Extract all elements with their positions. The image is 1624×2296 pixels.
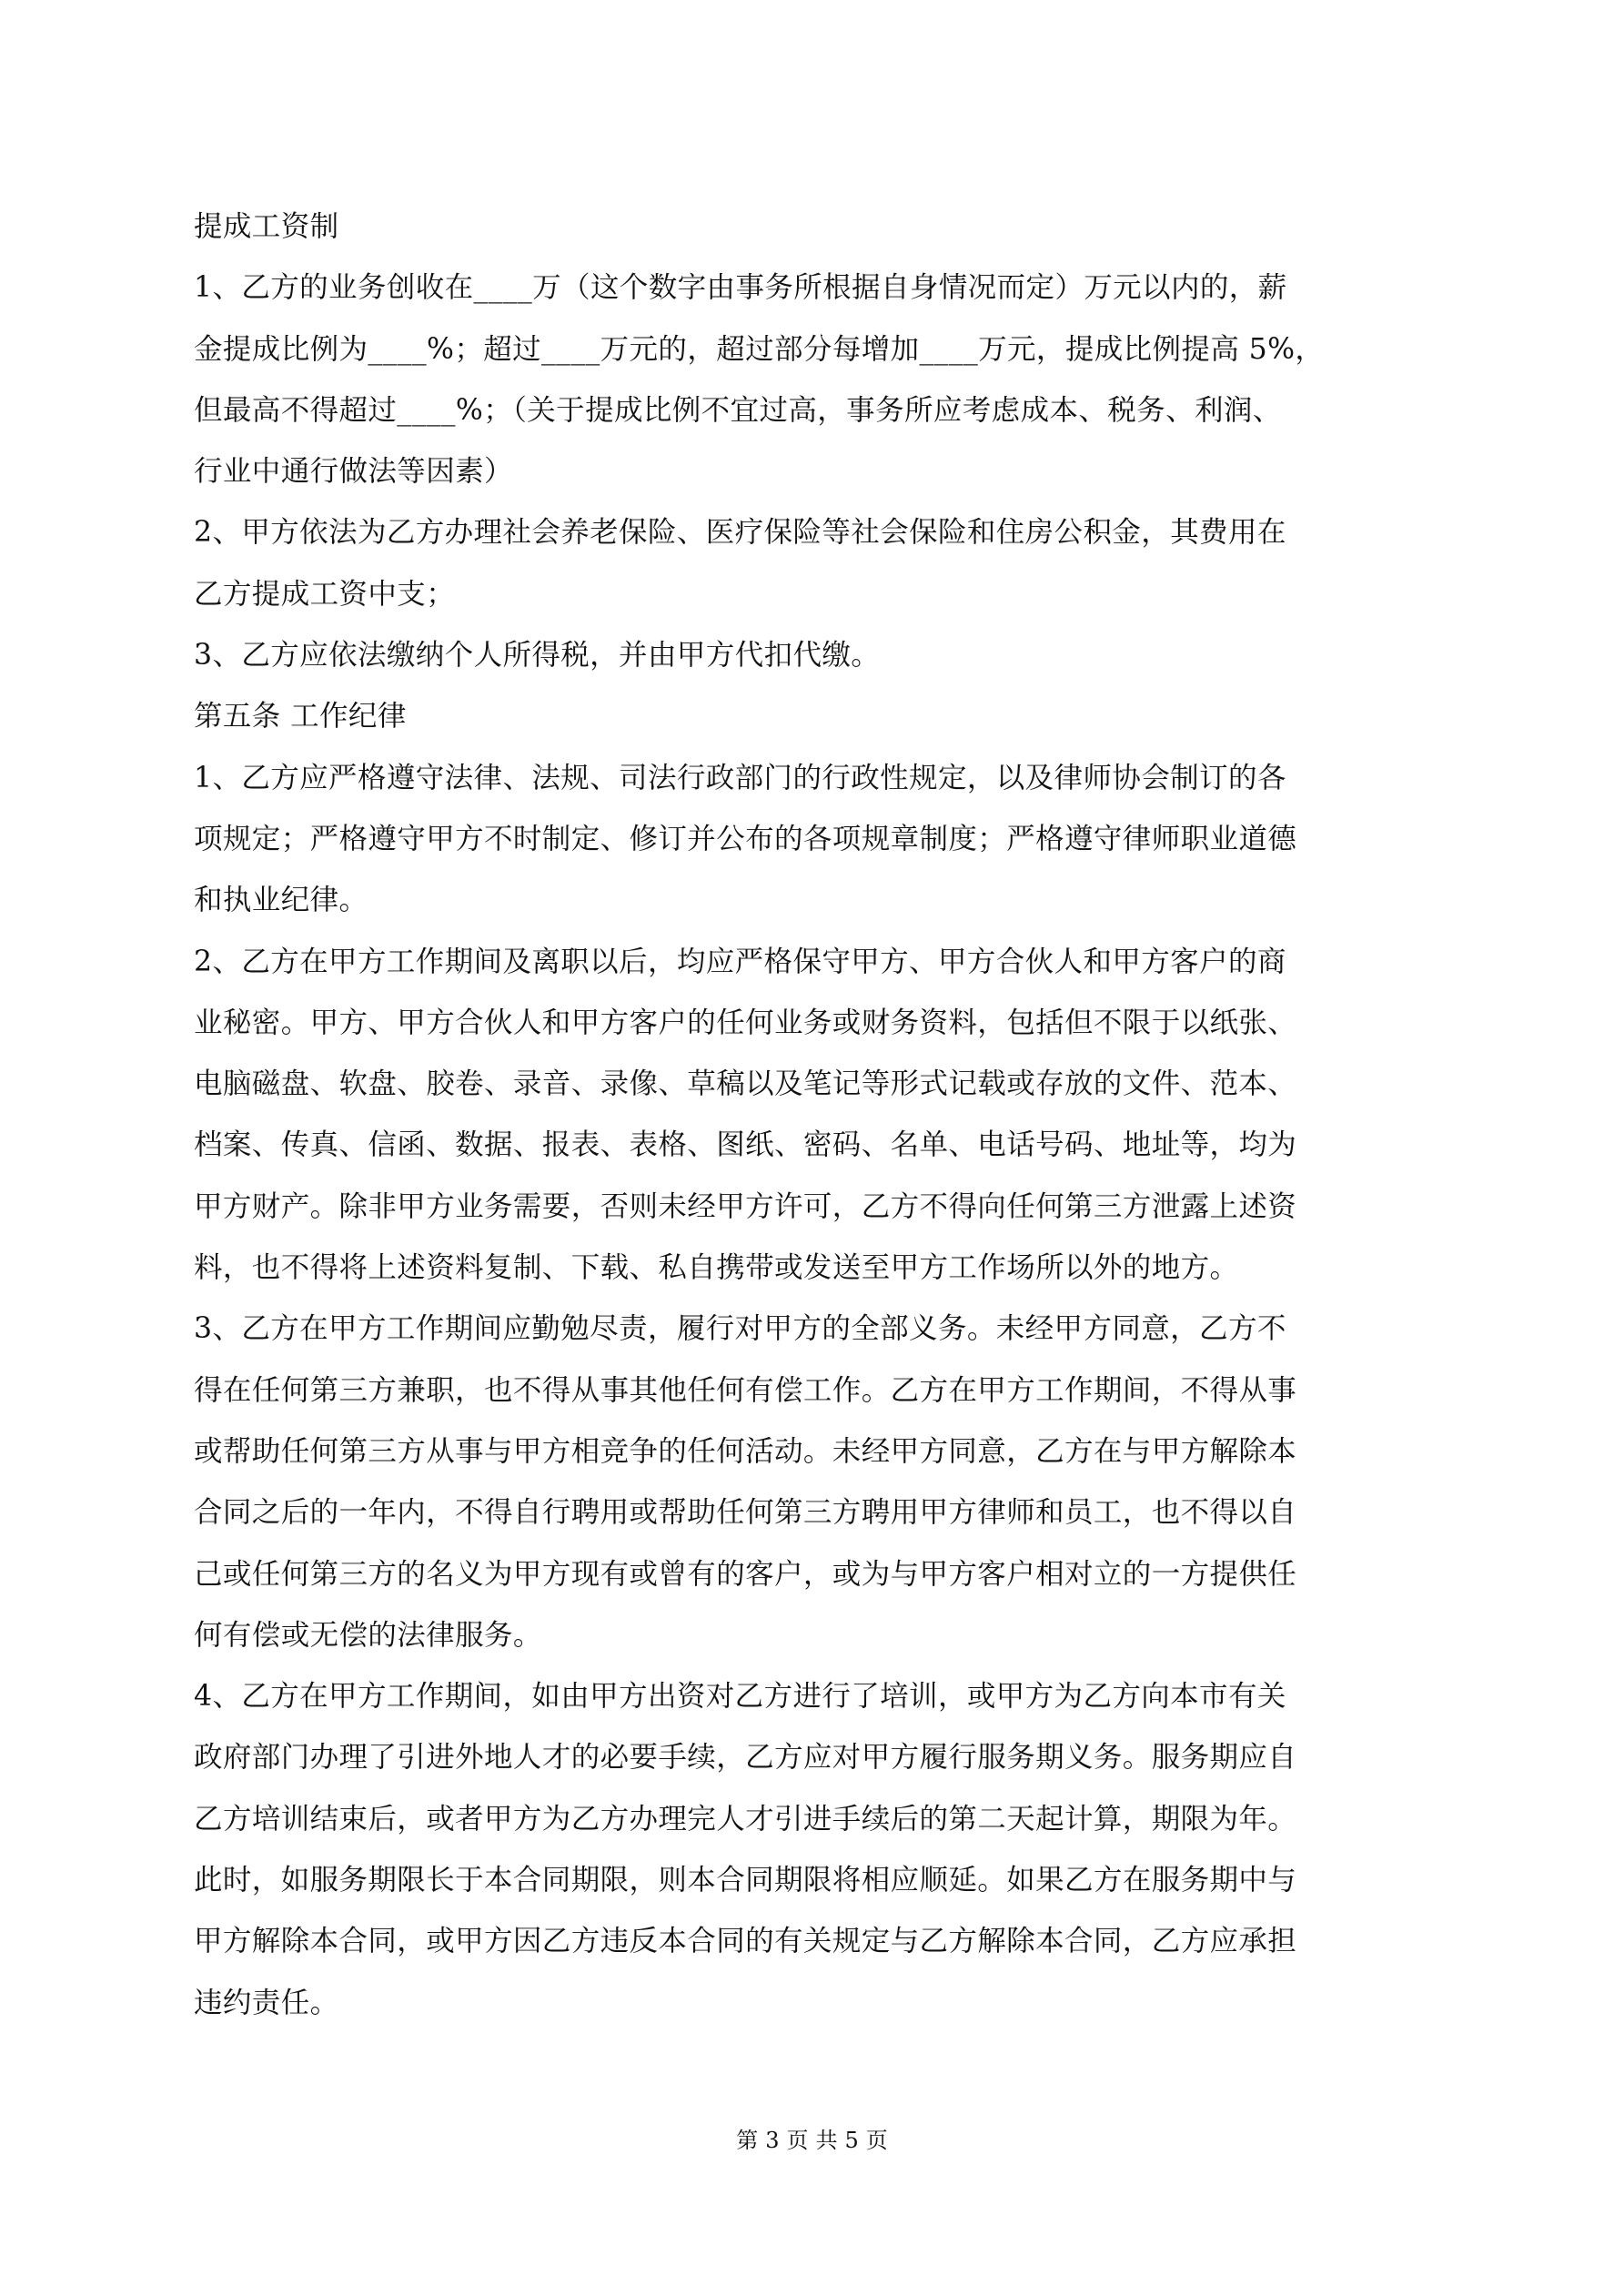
- document-page: 提成工资制 1、乙方的业务创收在____万（这个数字由事务所根据自身情况而定）万…: [0, 0, 1624, 2296]
- current-page-number: 3: [765, 2128, 779, 2153]
- text-line: 4、乙方在甲方工作期间，如由甲方出资对乙方进行了培训，或甲方为乙方向本市有关: [194, 1666, 1436, 1727]
- section-heading-commission-salary: 提成工资制: [194, 197, 1436, 258]
- text-line: 此时，如服务期限长于本合同期限，则本合同期限将相应顺延。如果乙方在服务期中与: [194, 1850, 1436, 1911]
- text-line: 乙方提成工资中支；: [194, 564, 1436, 625]
- text-line: 得在任何第三方兼职，也不得从事其他任何有偿工作。乙方在甲方工作期间，不得从事: [194, 1360, 1436, 1421]
- text-line: 或帮助任何第三方从事与甲方相竞争的任何活动。未经甲方同意，乙方在与甲方解除本: [194, 1421, 1436, 1482]
- text-line: 电脑磁盘、软盘、胶卷、录音、录像、草稿以及笔记等形式记载或存放的文件、范本、: [194, 1054, 1436, 1115]
- text-line: 金提成比例为____%；超过____万元的，超过部分每增加____万元，提成比例…: [194, 319, 1436, 380]
- section-heading-article-5: 第五条 工作纪律: [194, 686, 1436, 747]
- text-line: 1、乙方应严格遵守法律、法规、司法行政部门的行政性规定，以及律师协会制订的各: [194, 748, 1436, 809]
- text-line: 己或任何第三方的名义为甲方现有或曾有的客户，或为与甲方客户相对立的一方提供任: [194, 1544, 1436, 1605]
- text-line: 何有偿或无偿的法律服务。: [194, 1605, 1436, 1666]
- text-line: 档案、传真、信函、数据、报表、表格、图纸、密码、名单、电话号码、地址等，均为: [194, 1115, 1436, 1176]
- text-line: 2、乙方在甲方工作期间及离职以后，均应严格保守甲方、甲方合伙人和甲方客户的商: [194, 932, 1436, 993]
- text-line: 但最高不得超过____%；（关于提成比例不宜过高，事务所应考虑成本、税务、利润、: [194, 380, 1436, 441]
- text-line: 违约责任。: [194, 1973, 1436, 2034]
- text-line: 3、乙方在甲方工作期间应勤勉尽责，履行对甲方的全部义务。未经甲方同意，乙方不: [194, 1299, 1436, 1360]
- text-line: 业秘密。甲方、甲方合伙人和甲方客户的任何业务或财务资料，包括但不限于以纸张、: [194, 993, 1436, 1054]
- text-line: 乙方培训结束后，或者甲方为乙方办理完人才引进手续后的第二天起计算，期限为年。: [194, 1789, 1436, 1850]
- text-line: 行业中通行做法等因素）: [194, 441, 1436, 502]
- text-line: 甲方解除本合同，或甲方因乙方违反本合同的有关规定与乙方解除本合同，乙方应承担: [194, 1911, 1436, 1972]
- text-line: 料，也不得将上述资料复制、下载、私自携带或发送至甲方工作场所以外的地方。: [194, 1238, 1436, 1299]
- footer-suffix: 页: [866, 2128, 888, 2153]
- document-body: 提成工资制 1、乙方的业务创收在____万（这个数字由事务所根据自身情况而定）万…: [194, 197, 1436, 2034]
- page-number-footer: 第3页共5页: [0, 2124, 1624, 2157]
- text-line: 甲方财产。除非甲方业务需要，否则未经甲方许可，乙方不得向任何第三方泄露上述资: [194, 1177, 1436, 1238]
- text-line: 合同之后的一年内，不得自行聘用或帮助任何第三方聘用甲方律师和员工，也不得以自: [194, 1482, 1436, 1543]
- text-line: 3、乙方应依法缴纳个人所得税，并由甲方代扣代缴。: [194, 625, 1436, 686]
- footer-page-word: 页: [787, 2128, 809, 2153]
- text-line: 1、乙方的业务创收在____万（这个数字由事务所根据自身情况而定）万元以内的，薪: [194, 258, 1436, 319]
- text-line: 和执业纪律。: [194, 870, 1436, 931]
- total-pages-number: 5: [845, 2128, 859, 2153]
- text-line: 项规定；严格遵守甲方不时制定、修订并公布的各项规章制度；严格遵守律师职业道德: [194, 809, 1436, 870]
- text-line: 政府部门办理了引进外地人才的必要手续，乙方应对甲方履行服务期义务。服务期应自: [194, 1727, 1436, 1788]
- footer-prefix: 第: [736, 2128, 758, 2153]
- footer-total-word: 共: [816, 2128, 838, 2153]
- text-line: 2、甲方依法为乙方办理社会养老保险、医疗保险等社会保险和住房公积金，其费用在: [194, 502, 1436, 563]
